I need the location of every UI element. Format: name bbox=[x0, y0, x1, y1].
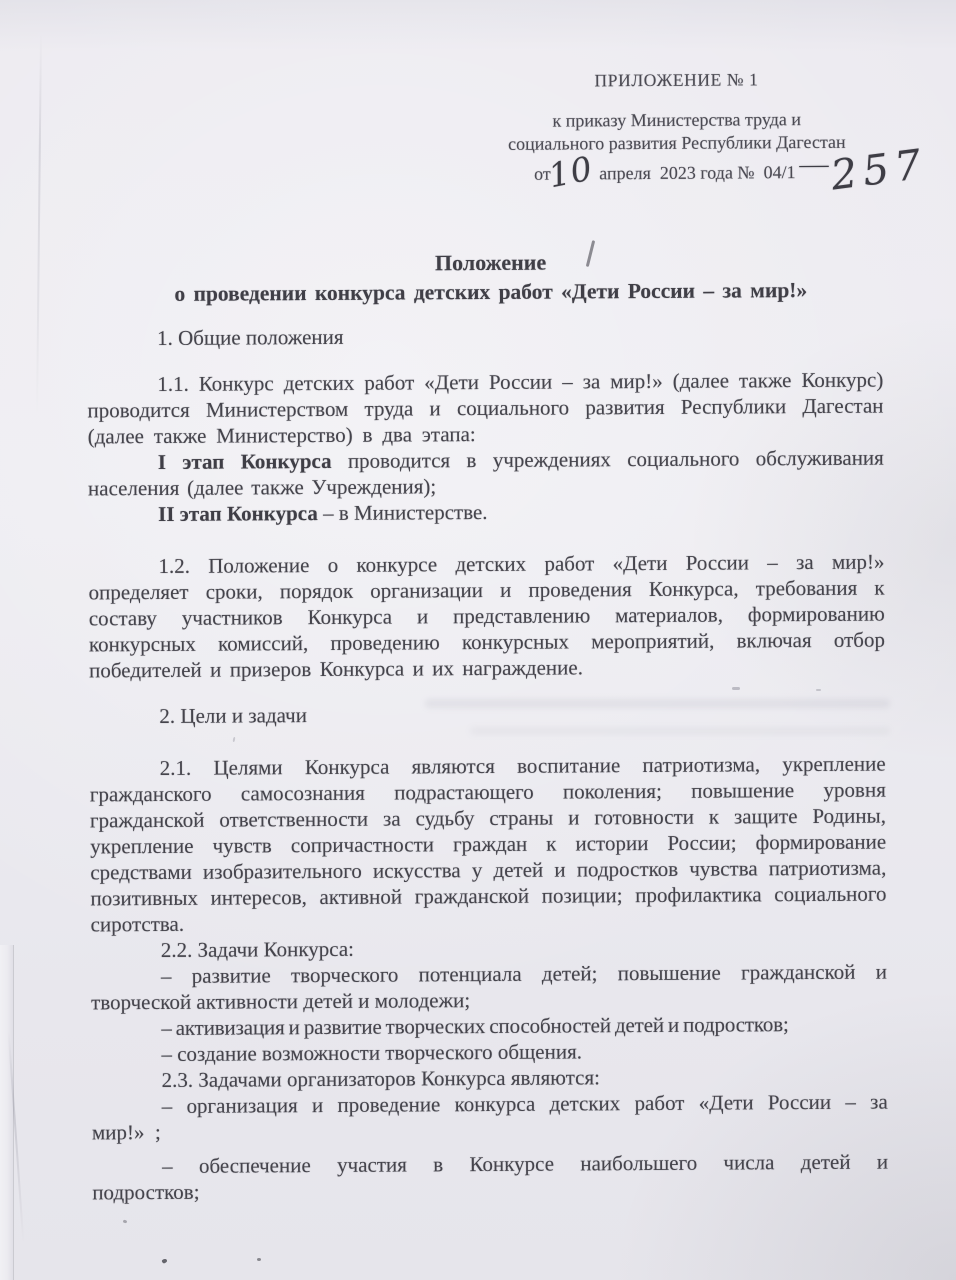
task-item-activation: – активизация и развитие творческих спос… bbox=[91, 1011, 887, 1042]
paragraph-stage-2: II этап Конкурса – в Министерстве. bbox=[88, 497, 884, 528]
handwritten-dash: – bbox=[799, 154, 828, 177]
order-reference-line-1: к приказу Министерства труда и bbox=[486, 108, 868, 133]
handwritten-number-digits: 257 bbox=[829, 153, 927, 185]
document-title-block: Положение о проведении конкурса детских … bbox=[87, 247, 883, 310]
section-heading-general: 1. Общие положения bbox=[87, 321, 883, 352]
paragraph-1-2: 1.2. Положение о конкурсе детских работ … bbox=[88, 549, 885, 684]
document-header: ПРИЛОЖЕНИЕ № 1 к приказу Министерства тр… bbox=[485, 68, 868, 186]
appendix-label: ПРИЛОЖЕНИЕ № 1 bbox=[485, 68, 867, 92]
stage-1-lead: I этап Конкурса bbox=[158, 449, 332, 474]
paper-speck bbox=[257, 1258, 261, 1261]
section-heading-goals: 2. Цели и задачи bbox=[89, 699, 885, 730]
document-subtitle: о проведении конкурса детских работ «Дет… bbox=[99, 275, 883, 310]
order-reference: к приказу Министерства труда и социально… bbox=[486, 108, 868, 186]
paragraph-2-1: 2.1. Целями Конкурса являются воспитание… bbox=[90, 751, 887, 938]
paper-crease-bottom bbox=[8, 1030, 25, 1245]
paper-speck bbox=[161, 1258, 167, 1264]
stage-2-text: – в Министерстве. bbox=[318, 500, 488, 525]
date-text: апреля 2023 года № 04/1 bbox=[595, 162, 796, 183]
paper-speck bbox=[123, 1219, 128, 1223]
handwritten-day: 10 bbox=[547, 158, 594, 186]
organizer-task-participation: – обеспечение участия в Конкурсе наиболь… bbox=[92, 1149, 888, 1206]
handwritten-order-number: –257 bbox=[807, 153, 925, 184]
task-item-development: – развитие творческого потенциала детей;… bbox=[91, 959, 887, 1016]
paper-crease-top bbox=[36, 34, 42, 414]
order-date-line: от10 апреля 2023 года № 04/1–257 bbox=[486, 154, 868, 186]
paragraph-1-1: 1.1. Конкурс детских работ «Дети России … bbox=[87, 367, 883, 450]
organizer-task-organization: – организация и проведение конкурса детс… bbox=[92, 1089, 888, 1146]
document-page: ПРИЛОЖЕНИЕ № 1 к приказу Министерства тр… bbox=[85, 0, 888, 1205]
stage-2-lead: II этап Конкурса bbox=[158, 501, 318, 526]
scanned-document-photo: ПРИЛОЖЕНИЕ № 1 к приказу Министерства тр… bbox=[0, 0, 956, 1280]
paragraph-stage-1: I этап Конкурса проводится в учреждениях… bbox=[88, 445, 884, 502]
paper-edge bbox=[0, 945, 14, 1280]
